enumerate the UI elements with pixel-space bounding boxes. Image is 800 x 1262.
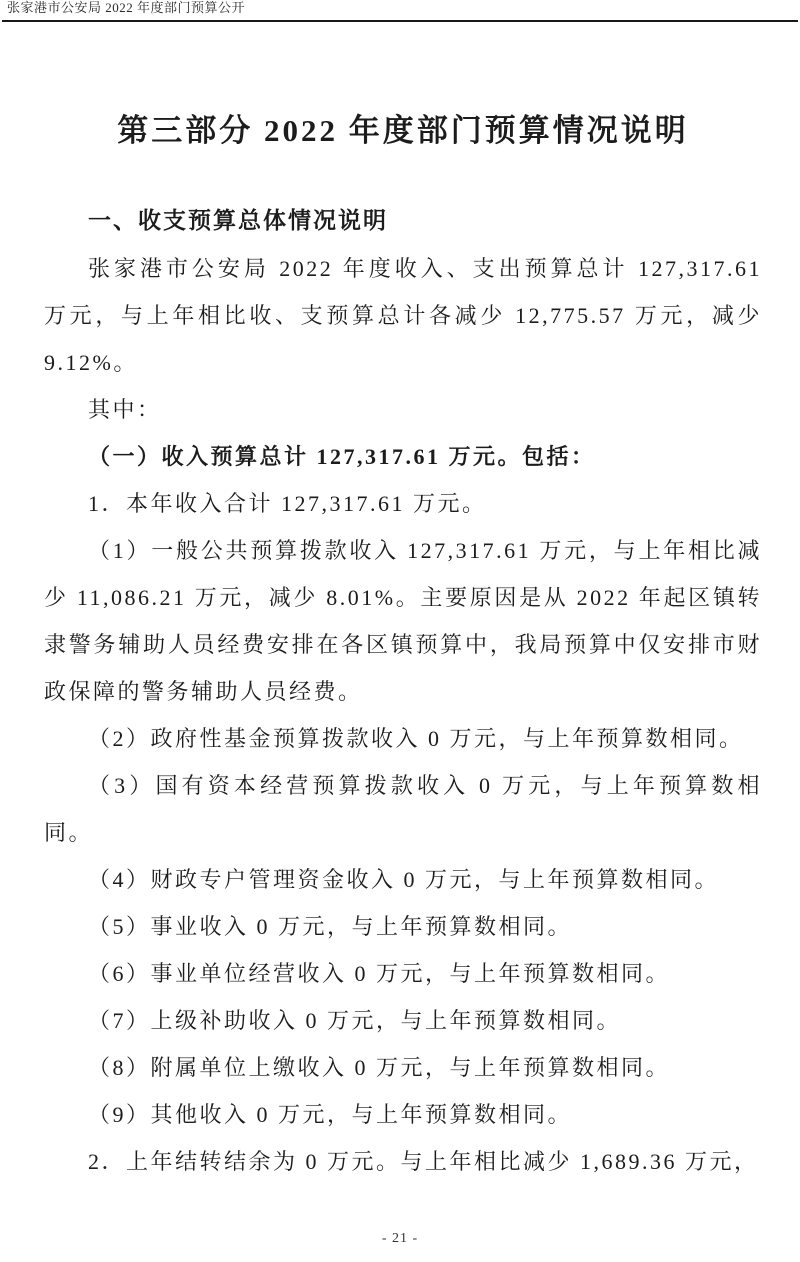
paragraph: （3）国有资本经营预算拨款收入 0 万元，与上年预算数相同。 — [44, 762, 762, 856]
page-number: - 21 - — [0, 1231, 800, 1247]
paragraph: （6）事业单位经营收入 0 万元，与上年预算数相同。 — [44, 950, 762, 997]
section-heading: 一、收支预算总体情况说明 — [44, 205, 762, 236]
paragraph: 2．上年结转结余为 0 万元。与上年相比减少 1,689.36 万元， — [44, 1138, 762, 1185]
paragraph: （7）上级补助收入 0 万元，与上年预算数相同。 — [44, 997, 762, 1044]
paragraph: 其中： — [44, 386, 762, 433]
paragraph: 1．本年收入合计 127,317.61 万元。 — [44, 480, 762, 527]
paragraph-bold: （一）收入预算总计 127,317.61 万元。包括： — [44, 433, 762, 480]
paragraph: （4）财政专户管理资金收入 0 万元，与上年预算数相同。 — [44, 856, 762, 903]
paragraph: （2）政府性基金预算拨款收入 0 万元，与上年预算数相同。 — [44, 715, 762, 762]
page-content: 第三部分 2022 年度部门预算情况说明 一、收支预算总体情况说明 张家港市公安… — [0, 0, 800, 1185]
paragraph: （1）一般公共预算拨款收入 127,317.61 万元，与上年相比减少 11,0… — [44, 527, 762, 715]
document-title: 第三部分 2022 年度部门预算情况说明 — [44, 110, 762, 152]
paragraph: （8）附属单位上缴收入 0 万元，与上年预算数相同。 — [44, 1044, 762, 1091]
paragraph: 张家港市公安局 2022 年度收入、支出预算总计 127,317.61 万元，与… — [44, 245, 762, 386]
document-page: 张家港市公安局 2022 年度部门预算公开 第三部分 2022 年度部门预算情况… — [0, 0, 800, 1262]
paragraph: （9）其他收入 0 万元，与上年预算数相同。 — [44, 1091, 762, 1138]
header-rule — [2, 20, 798, 22]
paragraph: （5）事业收入 0 万元，与上年预算数相同。 — [44, 903, 762, 950]
page-header-text: 张家港市公安局 2022 年度部门预算公开 — [7, 0, 245, 15]
paragraphs: 张家港市公安局 2022 年度收入、支出预算总计 127,317.61 万元，与… — [44, 245, 762, 1185]
